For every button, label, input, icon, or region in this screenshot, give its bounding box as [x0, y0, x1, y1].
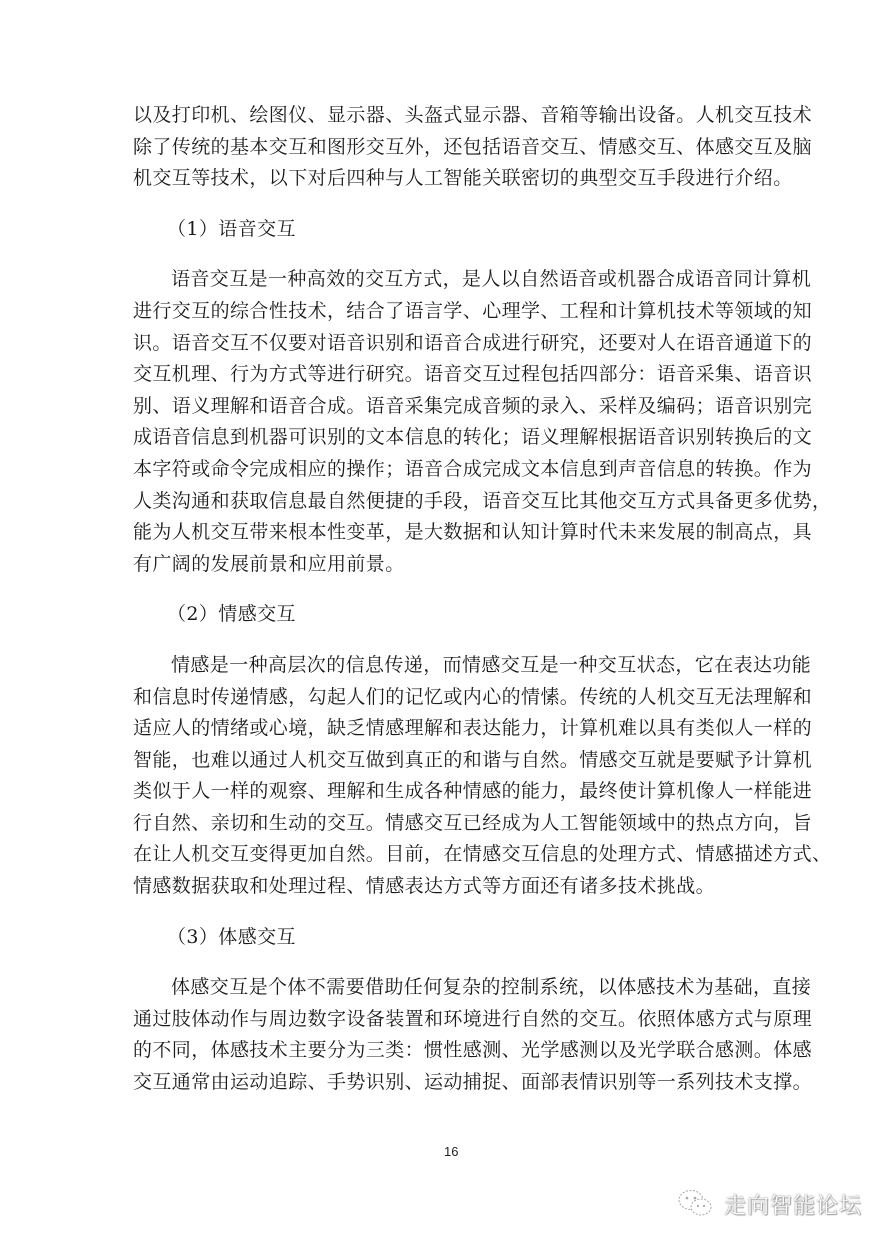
wechat-icon	[676, 1188, 716, 1220]
text-line: 的不同，体感技术主要分为三类：惯性感测、光学感测以及光学联合感测。体感	[133, 1035, 749, 1067]
text-line: 进行交互的综合性技术，结合了语言学、心理学、工程和计算机技术等领域的知	[133, 296, 749, 328]
document-page: 以及打印机、绘图仪、显示器、头盔式显示器、音箱等输出设备。人机交互技术 除了传统…	[133, 100, 749, 1099]
somatosensory-interaction-paragraph: 体感交互是个体不需要借助任何复杂的控制系统，以体感技术为基础，直接 通过肢体动作…	[133, 972, 749, 1098]
page-number: 16	[444, 1144, 458, 1159]
text-line: 除了传统的基本交互和图形交互外，还包括语音交互、情感交互、体感交互及脑	[133, 132, 749, 164]
text-line: 智能，也难以通过人机交互做到真正的和谐与自然。情感交互就是要赋予计算机	[133, 745, 749, 777]
section-heading-speech: （1）语音交互	[133, 214, 749, 246]
text-line: 行自然、亲切和生动的交互。情感交互已经成为人工智能领域中的热点方向，旨	[133, 808, 749, 840]
text-line: 成语音信息到机器可识别的文本信息的转化；语义理解根据语音识别转换后的文	[133, 422, 749, 454]
text-line: 有广阔的发展前景和应用前景。	[133, 549, 749, 581]
section-heading-somatosensory: （3）体感交互	[133, 922, 749, 954]
speech-interaction-paragraph: 语音交互是一种高效的交互方式，是人以自然语音或机器合成语音同计算机 进行交互的综…	[133, 264, 749, 580]
text-line: 机交互等技术，以下对后四种与人工智能关联密切的典型交互手段进行介绍。	[133, 163, 749, 195]
text-line: 体感交互是个体不需要借助任何复杂的控制系统，以体感技术为基础，直接	[133, 972, 749, 1004]
text-line: 情感是一种高层次的信息传递，而情感交互是一种交互状态，它在表达功能	[133, 650, 749, 682]
text-line: 别、语义理解和语音合成。语音采集完成音频的录入、采样及编码；语音识别完	[133, 391, 749, 423]
watermark-text: 走向智能论坛	[724, 1189, 862, 1220]
text-line: 识。语音交互不仅要对语音识别和语音合成进行研究，还要对人在语音通道下的	[133, 328, 749, 360]
text-line: 类似于人一样的观察、理解和生成各种情感的能力，最终使计算机像人一样能进	[133, 776, 749, 808]
text-line: 情感数据获取和处理过程、情感表达方式等方面还有诸多技术挑战。	[133, 871, 749, 903]
text-line: 本字符或命令完成相应的操作；语音合成完成文本信息到声音信息的转换。作为	[133, 454, 749, 486]
section-heading-emotion: （2）情感交互	[133, 599, 749, 631]
text-line: 语音交互是一种高效的交互方式，是人以自然语音或机器合成语音同计算机	[133, 264, 749, 296]
text-line: 通过肢体动作与周边数字设备装置和环境进行自然的交互。依照体感方式与原理	[133, 1004, 749, 1036]
text-line: 人类沟通和获取信息最自然便捷的手段，语音交互比其他交互方式具备更多优势，	[133, 486, 749, 518]
text-line: 适应人的情绪或心境，缺乏情感理解和表达能力，计算机难以具有类似人一样的	[133, 713, 749, 745]
emotion-interaction-paragraph: 情感是一种高层次的信息传递，而情感交互是一种交互状态，它在表达功能 和信息时传递…	[133, 650, 749, 903]
text-line: 交互通常由运动追踪、手势识别、运动捕捉、面部表情识别等一系列技术支撑。	[133, 1067, 749, 1099]
text-line: 能为人机交互带来根本性变革，是大数据和认知计算时代未来发展的制高点，具	[133, 517, 749, 549]
text-line: 和信息时传递情感，勾起人们的记忆或内心的情愫。传统的人机交互无法理解和	[133, 682, 749, 714]
text-line: 在让人机交互变得更加自然。目前，在情感交互信息的处理方式、情感描述方式、	[133, 839, 749, 871]
intro-paragraph: 以及打印机、绘图仪、显示器、头盔式显示器、音箱等输出设备。人机交互技术 除了传统…	[133, 100, 749, 195]
watermark: 走向智能论坛	[676, 1188, 862, 1220]
text-line: 交互机理、行为方式等进行研究。语音交互过程包括四部分：语音采集、语音识	[133, 359, 749, 391]
text-line: 以及打印机、绘图仪、显示器、头盔式显示器、音箱等输出设备。人机交互技术	[133, 100, 749, 132]
